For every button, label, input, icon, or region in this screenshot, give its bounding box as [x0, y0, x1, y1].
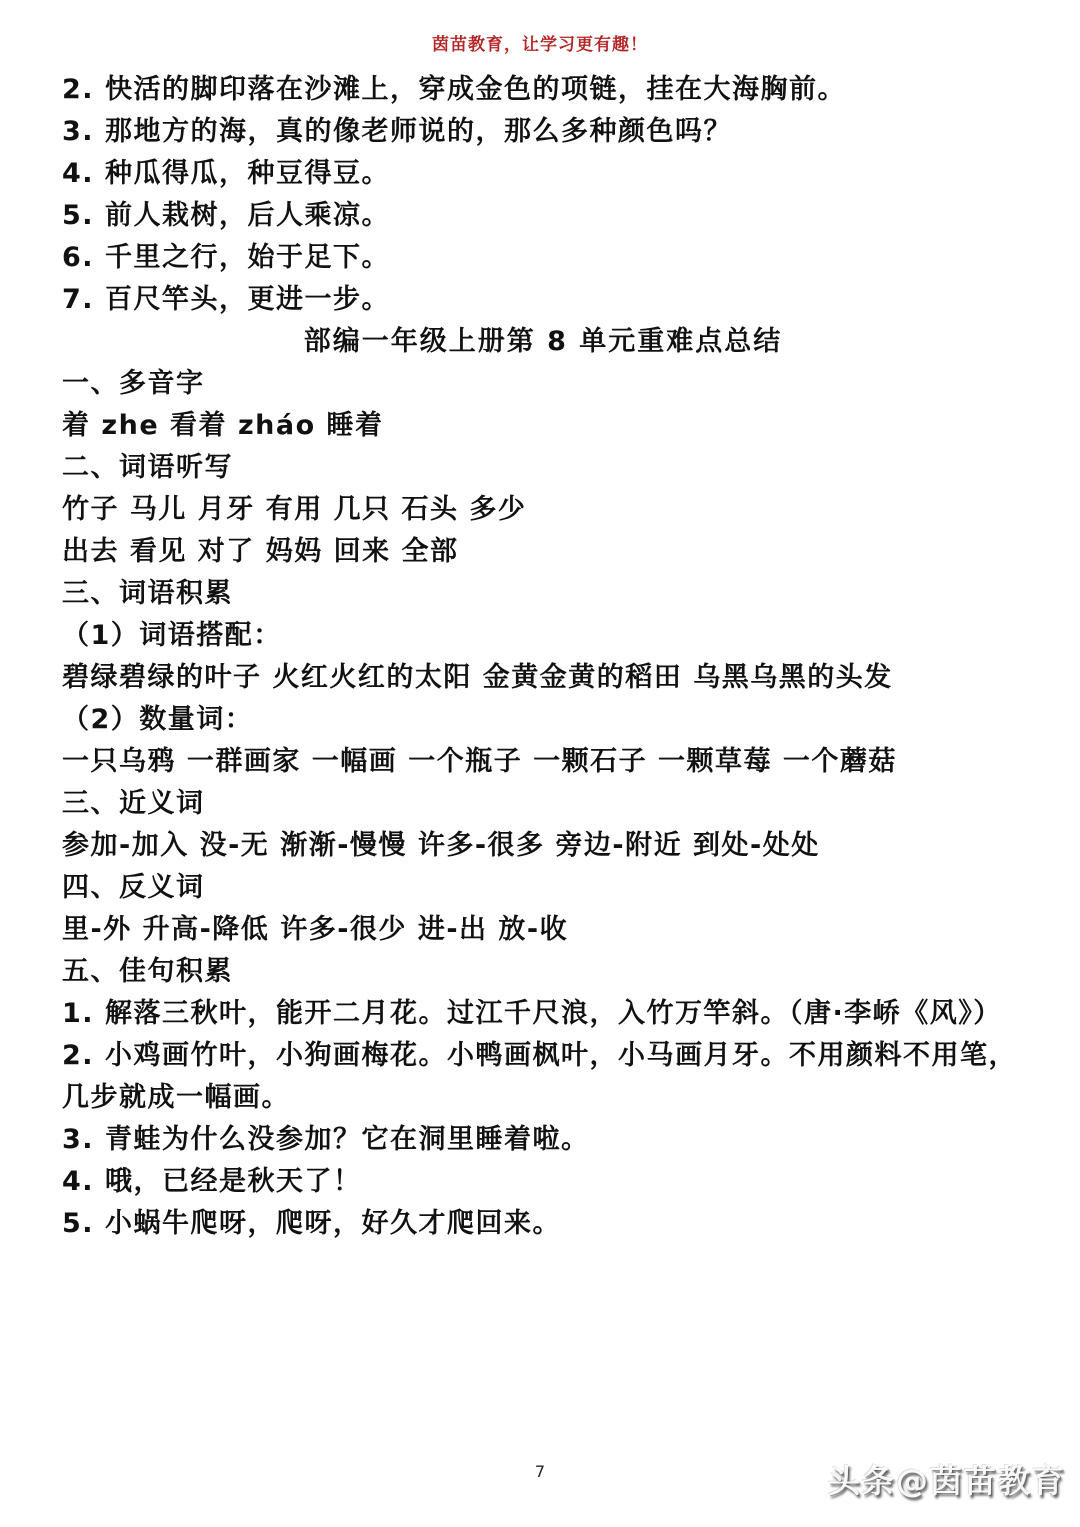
carryover-sentence: 3. 那地方的海，真的像老师说的，那么多种颜色吗？ — [62, 111, 1024, 153]
toutiao-watermark: 头条@茵苗教育 — [828, 1456, 1066, 1502]
section-heading: 四、反义词 — [62, 867, 1024, 909]
content-line: （2）数量词： — [62, 699, 1024, 741]
content-line: 竹子 马儿 月牙 有用 几只 石头 多少 — [62, 489, 1024, 531]
carryover-sentence: 5. 前人栽树，后人乘凉。 — [62, 195, 1024, 237]
content-line: 着 zhe 看着 zháo 睡着 — [62, 405, 1024, 447]
content-line: （1）词语搭配： — [62, 615, 1024, 657]
content-line: 2. 小鸡画竹叶，小狗画梅花。小鸭画枫叶，小马画月牙。不用颜料不用笔， — [62, 1035, 1024, 1077]
carryover-sentence: 7. 百尺竿头，更进一步。 — [62, 279, 1024, 321]
carryover-sentence: 4. 种瓜得瓜，种豆得豆。 — [62, 153, 1024, 195]
content-line: 5. 小蜗牛爬呀，爬呀，好久才爬回来。 — [62, 1203, 1024, 1245]
content-line: 4. 哦，已经是秋天了！ — [62, 1161, 1024, 1203]
section-heading: 三、词语积累 — [62, 573, 1024, 615]
content-line: 一只乌鸦 一群画家 一幅画 一个瓶子 一颗石子 一颗草莓 一个蘑菇 — [62, 741, 1024, 783]
section-word-accumulation: 三、词语积累 （1）词语搭配： 碧绿碧绿的叶子 火红火红的太阳 金黄金黄的稻田 … — [62, 573, 1024, 783]
content-line: 3. 青蛙为什么没参加？它在洞里睡着啦。 — [62, 1119, 1024, 1161]
content-line: 参加-加入 没-无 渐渐-慢慢 许多-很多 旁边-附近 到处-处处 — [62, 825, 1024, 867]
content-line: 几步就成一幅画。 — [62, 1077, 1024, 1119]
section-heading: 一、多音字 — [62, 363, 1024, 405]
content-line: 出去 看见 对了 妈妈 回来 全部 — [62, 531, 1024, 573]
content-line: 1. 解落三秋叶，能开二月花。过江千尺浪，入竹万竿斜。（唐·李峤《风》） — [62, 993, 1024, 1035]
section-heading: 三、近义词 — [62, 783, 1024, 825]
section-antonyms: 四、反义词 里-外 升高-降低 许多-很少 进-出 放-收 — [62, 867, 1024, 951]
section-good-sentences: 五、佳句积累 1. 解落三秋叶，能开二月花。过江千尺浪，入竹万竿斜。（唐·李峤《… — [62, 951, 1024, 1245]
page-header-slogan: 茵苗教育，让学习更有趣！ — [0, 30, 1080, 55]
carryover-sentence: 6. 千里之行，始于足下。 — [62, 237, 1024, 279]
section-heading: 二、词语听写 — [62, 447, 1024, 489]
document-page: 茵苗教育，让学习更有趣！ 2. 快活的脚印落在沙滩上，穿成金色的项链，挂在大海胸… — [0, 0, 1080, 1527]
unit-title: 部编一年级上册第 8 单元重难点总结 — [62, 321, 1024, 363]
section-heading: 五、佳句积累 — [62, 951, 1024, 993]
section-polyphonic-characters: 一、多音字 着 zhe 看着 zháo 睡着 — [62, 363, 1024, 447]
document-content: 2. 快活的脚印落在沙滩上，穿成金色的项链，挂在大海胸前。 3. 那地方的海，真… — [62, 69, 1024, 1245]
content-line: 里-外 升高-降低 许多-很少 进-出 放-收 — [62, 909, 1024, 951]
section-word-dictation: 二、词语听写 竹子 马儿 月牙 有用 几只 石头 多少 出去 看见 对了 妈妈 … — [62, 447, 1024, 573]
carryover-sentence: 2. 快活的脚印落在沙滩上，穿成金色的项链，挂在大海胸前。 — [62, 69, 1024, 111]
section-synonyms: 三、近义词 参加-加入 没-无 渐渐-慢慢 许多-很多 旁边-附近 到处-处处 — [62, 783, 1024, 867]
content-line: 碧绿碧绿的叶子 火红火红的太阳 金黄金黄的稻田 乌黑乌黑的头发 — [62, 657, 1024, 699]
